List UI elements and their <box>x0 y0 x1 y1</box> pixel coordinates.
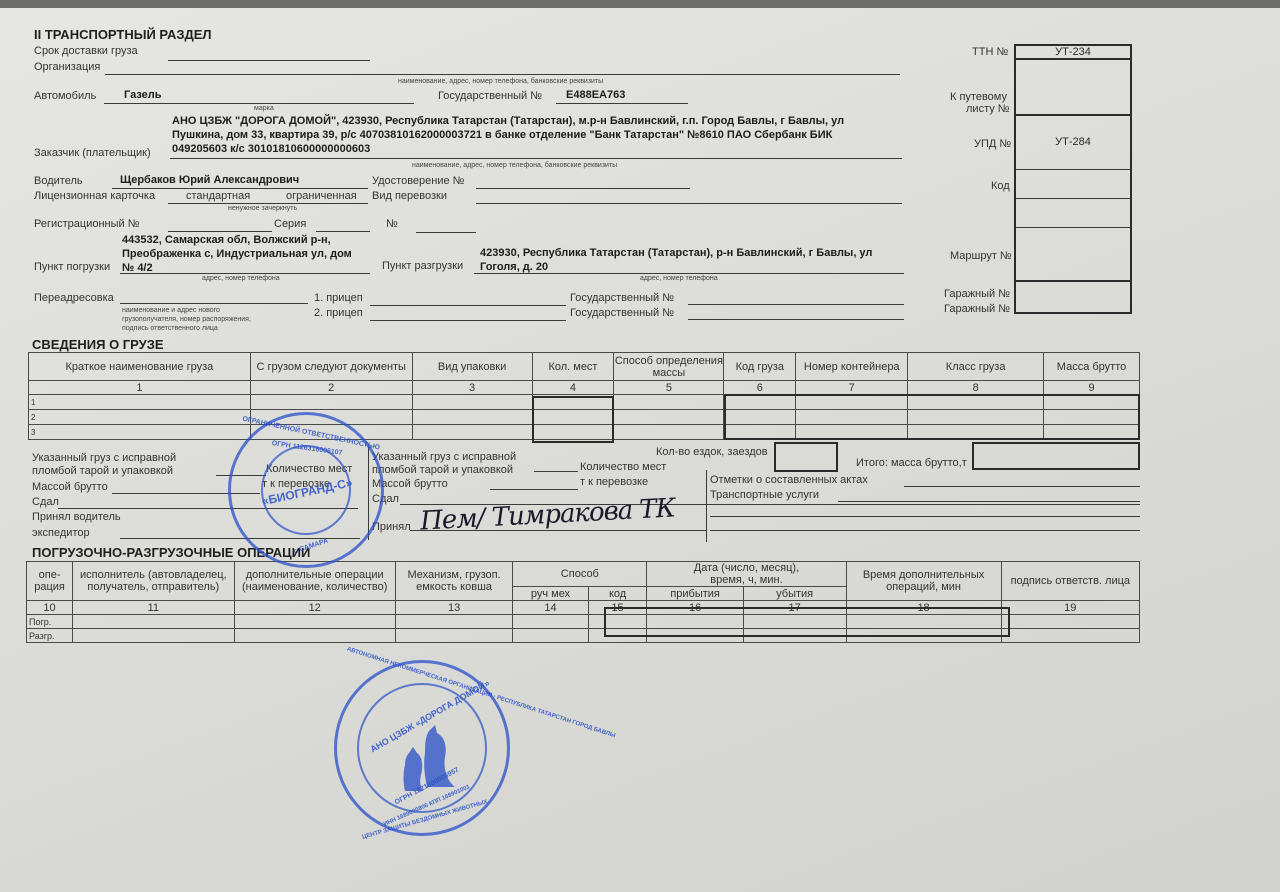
cargo-col-places: Кол. мест <box>532 353 614 381</box>
registration-field[interactable] <box>168 231 272 232</box>
left-cargo-line-1: Указанный груз с исправной <box>32 452 176 465</box>
trailer2-state-field[interactable] <box>688 319 904 320</box>
unloading-field[interactable] <box>474 273 904 274</box>
cell[interactable] <box>412 410 532 425</box>
cargo-num-3: 3 <box>412 381 532 395</box>
company-stamp-biogrand: ОГРАНИЧЕННОЙ ОТВЕТСТВЕННОСТЬЮ ОГРН 11263… <box>228 412 384 568</box>
license-card-label: Лицензионная карточка <box>34 190 155 202</box>
right-accepted-label: Принял <box>372 521 411 533</box>
cargo-num-8: 8 <box>908 381 1044 395</box>
transport-type-label: Вид перевозки <box>372 190 447 202</box>
cell[interactable] <box>73 615 234 629</box>
cell[interactable] <box>412 395 532 410</box>
cell[interactable] <box>73 629 234 643</box>
license-card-field <box>168 203 368 204</box>
total-mass-label: Итого: масса брутто,т <box>856 457 967 469</box>
code-cell-2[interactable] <box>1016 199 1130 228</box>
ops-col-additional-l1: дополнительные операции <box>235 569 395 581</box>
number-label: № <box>386 218 398 230</box>
ops-col-executor-l2: получатель, отправитель) <box>73 581 233 593</box>
license-standard-option[interactable]: стандартная <box>186 190 250 202</box>
document-page: II ТРАНСПОРТНЫЙ РАЗДЕЛ Срок доставки гру… <box>0 0 1280 892</box>
left-forwarder-label: экспедитор <box>32 527 90 539</box>
trailer2-state-label: Государственный № <box>570 307 674 319</box>
ops-col-additional-l2: (наименование, количество) <box>235 581 395 593</box>
trailer2-label: 2. прицеп <box>314 307 363 319</box>
cell[interactable] <box>395 615 512 629</box>
ops-col-mechanism-l2: емкость ковша <box>396 581 512 593</box>
ops-col-method: Способ <box>513 562 647 587</box>
state-number-label: Государственный № <box>438 90 542 102</box>
ops-num-11: 11 <box>73 601 234 615</box>
customer-line-1: АНО ЦЗБЖ "ДОРОГА ДОМОЙ", 423930, Республ… <box>172 114 844 128</box>
waybill-cell[interactable] <box>1016 60 1130 116</box>
total-mass-box[interactable] <box>972 442 1140 470</box>
ops-col-operation-l1: опе- <box>27 569 72 581</box>
cell[interactable] <box>614 410 724 425</box>
delivery-term-field[interactable] <box>168 60 370 61</box>
right-mass-field[interactable] <box>490 489 578 490</box>
ops-col-manual: руч мех <box>513 587 588 601</box>
series-field[interactable] <box>316 231 370 232</box>
cell[interactable] <box>1001 615 1139 629</box>
ops-bold-frame <box>604 607 1010 637</box>
registration-label: Регистрационный № <box>34 218 140 230</box>
handover-divider-right <box>706 470 707 542</box>
vehicle-field[interactable] <box>104 103 414 104</box>
vehicle-label: Автомобиль <box>34 90 96 102</box>
acts-label: Отметки о составленных актах <box>710 474 868 486</box>
cell[interactable] <box>614 395 724 410</box>
ops-num-12: 12 <box>234 601 395 615</box>
cell[interactable] <box>250 395 412 410</box>
driver-label: Водитель <box>34 175 83 187</box>
cargo-col-container: Номер контейнера <box>796 353 908 381</box>
loading-field[interactable] <box>120 273 370 274</box>
left-cargo-line-2: пломбой тарой и упаковкой <box>32 465 176 478</box>
right-cargo-line-2: пломбой тарой и упаковкой <box>372 464 516 477</box>
trailer1-state-label: Государственный № <box>570 292 674 304</box>
cargo-col-gross-mass: Масса брутто <box>1044 353 1140 381</box>
transport-type-field[interactable] <box>476 203 902 204</box>
loading-line-2: Преображенка с, Индустриальная ул, дом <box>122 247 352 261</box>
cargo-num-6: 6 <box>724 381 796 395</box>
garage2-label: Гаражный № <box>944 303 1010 315</box>
cargo-col-class: Класс груза <box>908 353 1044 381</box>
delivery-term-label: Срок доставки груза <box>34 45 138 57</box>
code-label: Код <box>991 180 1010 192</box>
trips-label: Кол-во ездок, заездов <box>656 446 768 458</box>
cargo-col-docs: С грузом следуют документы <box>250 353 412 381</box>
left-mass-label: Массой брутто <box>32 481 108 493</box>
cargo-num-1: 1 <box>29 381 251 395</box>
vehicle-hint: марка <box>254 105 274 112</box>
upd-value[interactable]: УТ-284 <box>1016 116 1130 170</box>
customer-line-3: 049205603 к/с 30101810600000000603 <box>172 142 844 156</box>
ops-num-13: 13 <box>395 601 512 615</box>
extra-line-1[interactable] <box>710 516 1140 517</box>
cargo-col-packaging: Вид упаковки <box>412 353 532 381</box>
ops-num-10: 10 <box>27 601 73 615</box>
cell[interactable] <box>614 425 724 440</box>
cargo-row-3[interactable]: 3 <box>29 425 251 440</box>
ttn-label: ТТН № <box>972 46 1008 58</box>
ops-num-14: 14 <box>513 601 588 615</box>
acts-field[interactable] <box>904 486 1140 487</box>
ops-col-date: Дата (число, месяц), время, ч, мин. <box>647 562 846 587</box>
cargo-num-7: 7 <box>796 381 908 395</box>
loading-hint: адрес, номер телефона <box>202 275 280 282</box>
ops-col-executor: исполнитель (автовладелец, получатель, о… <box>73 562 234 601</box>
state-number-field[interactable] <box>556 103 688 104</box>
state-number-value: Е488ЕА763 <box>566 89 625 101</box>
code-cell-1[interactable] <box>1016 170 1130 199</box>
stamp-bottom: г. САМАРА <box>272 531 350 562</box>
driver-field[interactable] <box>112 188 368 189</box>
route-cell[interactable] <box>1016 228 1130 282</box>
cell[interactable] <box>234 629 395 643</box>
ttn-value[interactable]: УТ-234 <box>1016 46 1130 60</box>
trailer1-state-field[interactable] <box>688 304 904 305</box>
cargo-col-name: Краткое наименование груза <box>29 353 251 381</box>
unloading-line-2: Гоголя, д. 20 <box>480 260 872 274</box>
driver-value: Щербаков Юрий Александрович <box>120 174 299 186</box>
code-class-bold-frame <box>724 394 1140 440</box>
right-cargo-line-1: Указанный груз с исправной <box>372 451 516 464</box>
readdress-hint-2: грузополучателя, номер распоряжения, <box>122 315 251 324</box>
cargo-title: СВЕДЕНИЯ О ГРУЗЕ <box>32 337 164 352</box>
license-limited-option[interactable]: ограниченная <box>286 190 357 202</box>
ops-col-extra-time-l2: операций, мин <box>847 581 1001 593</box>
garage-cell[interactable] <box>1016 282 1130 312</box>
organization-field[interactable] <box>105 74 900 75</box>
right-places-label: Количество мест <box>580 461 666 473</box>
left-cargo-text: Указанный груз с исправной пломбой тарой… <box>32 452 176 478</box>
ops-row-loading: Погр. <box>27 615 73 629</box>
readdress-hint-1: наименование и адрес нового <box>122 306 251 315</box>
trailer1-label: 1. прицеп <box>314 292 363 304</box>
license-hint: ненужное зачеркнуть <box>228 205 297 212</box>
ops-col-date-l2: время, ч, мин. <box>647 574 845 586</box>
readdress-field[interactable] <box>120 303 308 304</box>
series-label: Серия <box>274 218 306 230</box>
ops-col-extra-time: Время дополнительных операций, мин <box>846 562 1001 601</box>
cargo-num-2: 2 <box>250 381 412 395</box>
cell[interactable] <box>395 629 512 643</box>
cell[interactable] <box>1001 629 1139 643</box>
ops-col-arrival: прибытия <box>647 587 743 601</box>
right-places-field[interactable] <box>534 471 578 472</box>
trips-box[interactable] <box>774 442 838 472</box>
left-accepted-label: Принял водитель <box>32 511 121 523</box>
customer-field[interactable] <box>170 158 902 159</box>
right-tons-label: т к перевозке <box>580 476 648 488</box>
readdress-label: Переадресовка <box>34 292 114 304</box>
extra-line-2[interactable] <box>710 530 1140 531</box>
ops-col-extra-time-l1: Время дополнительных <box>847 569 1001 581</box>
ops-col-signature: подпись ответств. лица <box>1001 562 1139 601</box>
cell[interactable] <box>412 425 532 440</box>
cell[interactable] <box>513 629 588 643</box>
places-bold-frame <box>532 396 614 443</box>
unloading-line-1: 423930, Республика Татарстан (Татарстан)… <box>480 246 872 260</box>
ops-col-executor-l1: исполнитель (автовладелец, <box>73 569 233 581</box>
ops-col-operation: опе- рация <box>27 562 73 601</box>
customer-label: Заказчик (плательщик) <box>34 147 151 159</box>
cargo-col-mass-method: Способ определения массы <box>614 353 724 381</box>
loading-value: 443532, Самарская обл, Волжский р-н, Пре… <box>122 233 352 275</box>
customer-value: АНО ЦЗБЖ "ДОРОГА ДОМОЙ", 423930, Республ… <box>172 114 844 156</box>
unloading-value: 423930, Республика Татарстан (Татарстан)… <box>480 246 872 274</box>
organization-label: Организация <box>34 61 100 73</box>
cell[interactable] <box>234 615 395 629</box>
certificate-field[interactable] <box>476 188 690 189</box>
number-field[interactable] <box>416 232 476 233</box>
ops-num-19: 19 <box>1001 601 1139 615</box>
services-label: Транспортные услуги <box>710 489 819 501</box>
loading-line-1: 443532, Самарская обл, Волжский р-н, <box>122 233 352 247</box>
ops-col-departure: убытия <box>743 587 846 601</box>
trailer1-field[interactable] <box>370 305 566 306</box>
ops-col-code: код <box>588 587 647 601</box>
vehicle-value: Газель <box>124 89 162 101</box>
organization-hint: наименование, адрес, номер телефона, бан… <box>398 78 603 85</box>
ops-col-date-l1: Дата (число, месяц), <box>647 562 845 574</box>
cargo-num-4: 4 <box>532 381 614 395</box>
certificate-label: Удостоверение № <box>372 175 464 187</box>
unloading-hint: адрес, номер телефона <box>640 275 718 282</box>
unloading-label: Пункт разгрузки <box>382 260 463 272</box>
cargo-num-9: 9 <box>1044 381 1140 395</box>
cargo-row-1[interactable]: 1 <box>29 395 251 410</box>
left-handed-label: Сдал <box>32 496 59 508</box>
cell[interactable] <box>513 615 588 629</box>
waybill-label-2: листу № <box>966 103 1010 115</box>
route-label: Маршрут № <box>950 250 1012 262</box>
customer-hint: наименование, адрес, номер телефона, бан… <box>412 162 617 169</box>
cargo-row-2[interactable]: 2 <box>29 410 251 425</box>
upd-label: УПД № <box>974 138 1011 150</box>
services-field[interactable] <box>838 501 1140 502</box>
loading-label: Пункт погрузки <box>34 261 110 273</box>
garage1-label: Гаражный № <box>944 288 1010 300</box>
readdress-hint-3: подпись ответственного лица <box>122 324 251 333</box>
cargo-num-5: 5 <box>614 381 724 395</box>
section-title: II ТРАНСПОРТНЫЙ РАЗДЕЛ <box>34 27 212 42</box>
organization-stamp-doroga-domoi: АВТОНОМНАЯ НЕКОММЕРЧЕСКАЯ ОРГАНИЗАЦИЯ · … <box>334 660 510 836</box>
ops-col-mechanism-l1: Механизм, грузоп. <box>396 569 512 581</box>
ops-row-unloading: Разгр. <box>27 629 73 643</box>
scan-edge <box>0 0 1280 8</box>
trailer2-field[interactable] <box>370 320 566 321</box>
customer-line-2: Пушкина, дом 33, квартира 39, р/с 407038… <box>172 128 844 142</box>
side-box: УТ-234 УТ-284 <box>1014 44 1132 314</box>
ops-col-operation-l2: рация <box>27 581 72 593</box>
right-cargo-text: Указанный груз с исправной пломбой тарой… <box>372 451 516 477</box>
ops-col-mechanism: Механизм, грузоп. емкость ковша <box>395 562 512 601</box>
cargo-col-code: Код груза <box>724 353 796 381</box>
readdress-hint: наименование и адрес нового грузополучат… <box>122 306 251 333</box>
waybill-label-1: К путевому <box>950 91 1007 103</box>
